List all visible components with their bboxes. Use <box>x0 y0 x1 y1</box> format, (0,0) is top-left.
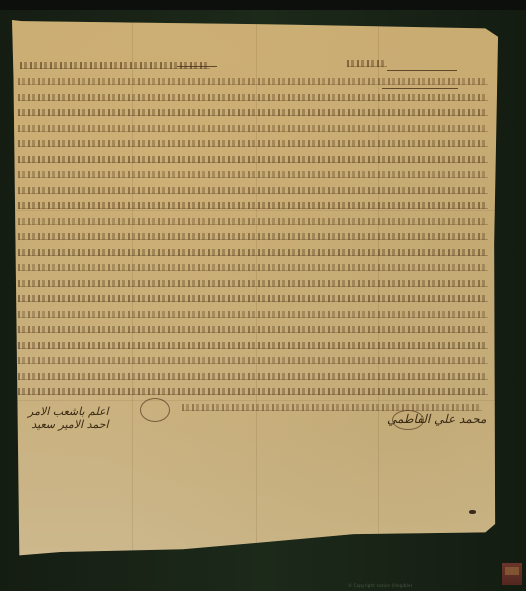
manuscript-text-line <box>18 187 488 194</box>
manuscript-text-line <box>18 357 488 364</box>
manuscript-text-line <box>18 388 488 395</box>
manuscript-text-line <box>18 140 488 147</box>
manuscript-text-line <box>18 109 488 116</box>
header-rule <box>177 66 217 67</box>
signature-left-line-1: اعلم باشعب الامر <box>28 405 109 418</box>
manuscript-text-line <box>18 156 488 163</box>
ink-blot <box>469 510 476 514</box>
manuscript-text-line <box>18 125 488 132</box>
manuscript-text-line <box>18 171 488 178</box>
manuscript-text-line <box>18 295 488 302</box>
manuscript-text-line <box>18 311 488 318</box>
copyright-caption: © Copyright notice (illegible) <box>348 583 412 588</box>
manuscript-text-line <box>18 78 488 85</box>
manuscript-text-line <box>18 233 488 240</box>
manuscript-text-line <box>18 202 488 209</box>
manuscript-text-line <box>18 373 488 380</box>
signature-left: اعلم باشعب الامر احمد الامير سعيد <box>28 405 109 431</box>
signature-left-line-2: احمد الامير سعيد <box>28 418 109 431</box>
manuscript-parchment: اعلم باشعب الامر احمد الامير سعيد محمد ع… <box>12 20 500 580</box>
manuscript-text-line <box>18 280 488 287</box>
header-text-right <box>347 60 387 67</box>
seal-mark <box>140 398 170 422</box>
manuscript-text-line <box>18 218 488 225</box>
header-rule <box>387 70 457 71</box>
seal-mark <box>392 410 424 430</box>
manuscript-text-line <box>18 342 488 349</box>
header-rule <box>382 88 458 89</box>
top-border <box>0 0 526 10</box>
fold-crease <box>12 210 500 211</box>
manuscript-text-line <box>18 326 488 333</box>
manuscript-text-line <box>182 404 482 411</box>
manuscript-text-line <box>18 94 488 101</box>
fold-crease <box>12 400 500 401</box>
manuscript-text-line <box>18 249 488 256</box>
manuscript-text-line <box>18 264 488 271</box>
watermark-logo-icon <box>502 563 522 585</box>
